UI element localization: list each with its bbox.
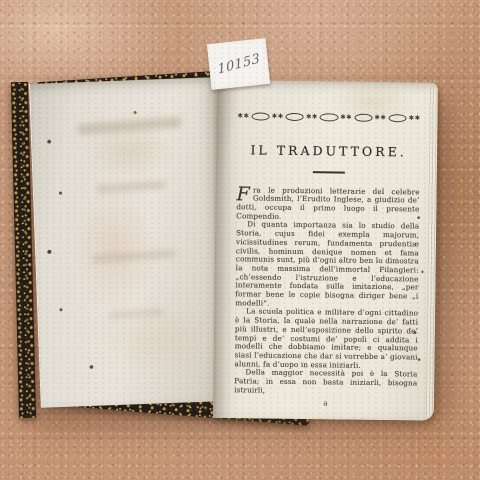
signature-mark: a	[234, 398, 417, 409]
ornament-oval	[354, 114, 372, 122]
inventory-sticker: 10153	[207, 38, 270, 90]
ornament-oval	[286, 113, 304, 121]
ornament-stars: ✱✱	[340, 114, 352, 121]
ornament-stars: ✱✱	[409, 115, 421, 122]
ornament-oval	[251, 112, 269, 120]
photo-scene: ✱✱ ✱✱ ✱✱ ✱✱ ✱✱ ✱✱ IL TRADUTTORE. Fra le …	[0, 0, 480, 480]
title-rule	[312, 171, 344, 173]
showthrough-smudge	[108, 308, 164, 319]
showthrough-smudge	[77, 117, 182, 135]
page-content: ✱✱ ✱✱ ✱✱ ✱✱ ✱✱ ✱✱ IL TRADUTTORE. Fra le …	[213, 80, 438, 421]
showthrough-smudge	[92, 249, 176, 263]
paragraph-1-text: ra le produzioni letterarie del celebre …	[236, 185, 419, 220]
inventory-number: 10153	[216, 51, 260, 77]
body-text: Fra le produzioni letterarie del celebre…	[234, 186, 420, 397]
ornament-border: ✱✱ ✱✱ ✱✱ ✱✱ ✱✱ ✱✱	[238, 112, 421, 122]
ornament-stars: ✱✱	[238, 113, 250, 120]
paragraph-3: La scuola politica e militare d’ogni cit…	[234, 308, 418, 371]
ornament-oval	[388, 114, 406, 122]
title-page: ✱✱ ✱✱ ✱✱ ✱✱ ✱✱ ✱✱ IL TRADUTTORE. Fra le …	[213, 80, 438, 421]
showthrough-smudge	[96, 180, 166, 194]
ornament-oval	[320, 113, 338, 121]
paragraph-2: Di quanta importanza sia lo studio della…	[235, 221, 419, 310]
ornament-stars: ✱✱	[272, 113, 284, 120]
ornament-stars: ✱✱	[374, 114, 386, 121]
drop-cap: F	[237, 187, 251, 201]
page-title: IL TRADUTTORE.	[237, 142, 420, 159]
paragraph-1: Fra le produzioni letterarie del celebre…	[236, 186, 419, 223]
blank-verso-page	[29, 77, 231, 408]
paragraph-4: Della maggior necessità poi è la Storia …	[234, 369, 417, 397]
ornament-stars: ✱✱	[306, 113, 318, 120]
